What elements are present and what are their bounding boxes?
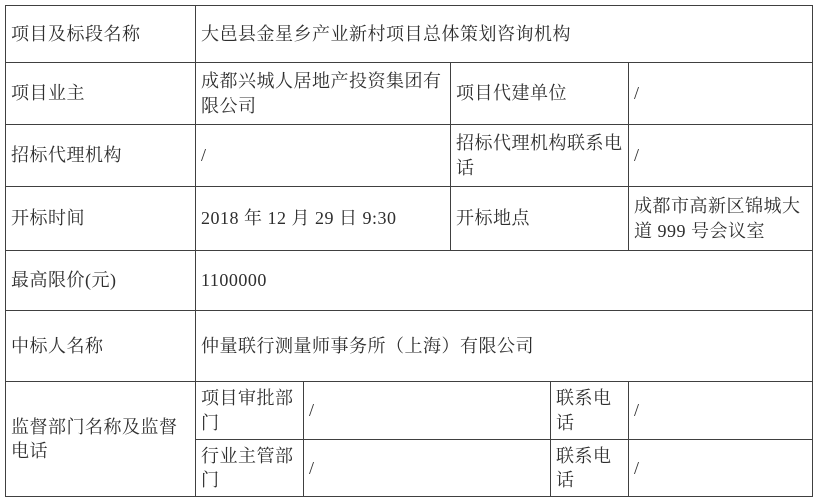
bid-opening-time-value: 2018 年 12 月 29 日 9:30 bbox=[196, 187, 451, 251]
project-name-value: 大邑县金星乡产业新村项目总体策划咨询机构 bbox=[196, 6, 813, 63]
bid-opening-time-label: 开标时间 bbox=[6, 187, 196, 251]
winner-value: 仲量联行测量师事务所（上海）有限公司 bbox=[196, 311, 813, 382]
industry-dept-label: 行业主管部门 bbox=[196, 440, 304, 497]
winner-label: 中标人名称 bbox=[6, 311, 196, 382]
approval-dept-value: / bbox=[304, 382, 551, 440]
bidding-agency-phone-label: 招标代理机构联系电话 bbox=[451, 125, 629, 187]
supervision-label: 监督部门名称及监督电话 bbox=[6, 382, 196, 497]
row-project-name: 项目及标段名称 大邑县金星乡产业新村项目总体策划咨询机构 bbox=[6, 6, 813, 63]
bid-info-table: 项目及标段名称 大邑县金星乡产业新村项目总体策划咨询机构 项目业主 成都兴城人居… bbox=[5, 5, 813, 497]
approval-dept-label: 项目审批部门 bbox=[196, 382, 304, 440]
row-project-owner: 项目业主 成都兴城人居地产投资集团有限公司 项目代建单位 / bbox=[6, 63, 813, 125]
row-bidding-agency: 招标代理机构 / 招标代理机构联系电话 / bbox=[6, 125, 813, 187]
project-name-label: 项目及标段名称 bbox=[6, 6, 196, 63]
industry-dept-value: / bbox=[304, 440, 551, 497]
agent-construction-unit-label: 项目代建单位 bbox=[451, 63, 629, 125]
max-price-label: 最高限价(元) bbox=[6, 251, 196, 311]
project-owner-label: 项目业主 bbox=[6, 63, 196, 125]
industry-phone-label: 联系电话 bbox=[551, 440, 629, 497]
bid-opening-place-value: 成都市高新区锦城大道 999 号会议室 bbox=[629, 187, 813, 251]
row-supervision-approval: 监督部门名称及监督电话 项目审批部门 / 联系电话 / bbox=[6, 382, 813, 440]
row-winner: 中标人名称 仲量联行测量师事务所（上海）有限公司 bbox=[6, 311, 813, 382]
row-bid-opening: 开标时间 2018 年 12 月 29 日 9:30 开标地点 成都市高新区锦城… bbox=[6, 187, 813, 251]
agent-construction-unit-value: / bbox=[629, 63, 813, 125]
industry-phone-value: / bbox=[629, 440, 813, 497]
page: 项目及标段名称 大邑县金星乡产业新村项目总体策划咨询机构 项目业主 成都兴城人居… bbox=[0, 0, 817, 500]
project-owner-value: 成都兴城人居地产投资集团有限公司 bbox=[196, 63, 451, 125]
max-price-value: 1100000 bbox=[196, 251, 813, 311]
bidding-agency-phone-value: / bbox=[629, 125, 813, 187]
bid-opening-place-label: 开标地点 bbox=[451, 187, 629, 251]
approval-phone-label: 联系电话 bbox=[551, 382, 629, 440]
bidding-agency-label: 招标代理机构 bbox=[6, 125, 196, 187]
approval-phone-value: / bbox=[629, 382, 813, 440]
bidding-agency-value: / bbox=[196, 125, 451, 187]
row-max-price: 最高限价(元) 1100000 bbox=[6, 251, 813, 311]
